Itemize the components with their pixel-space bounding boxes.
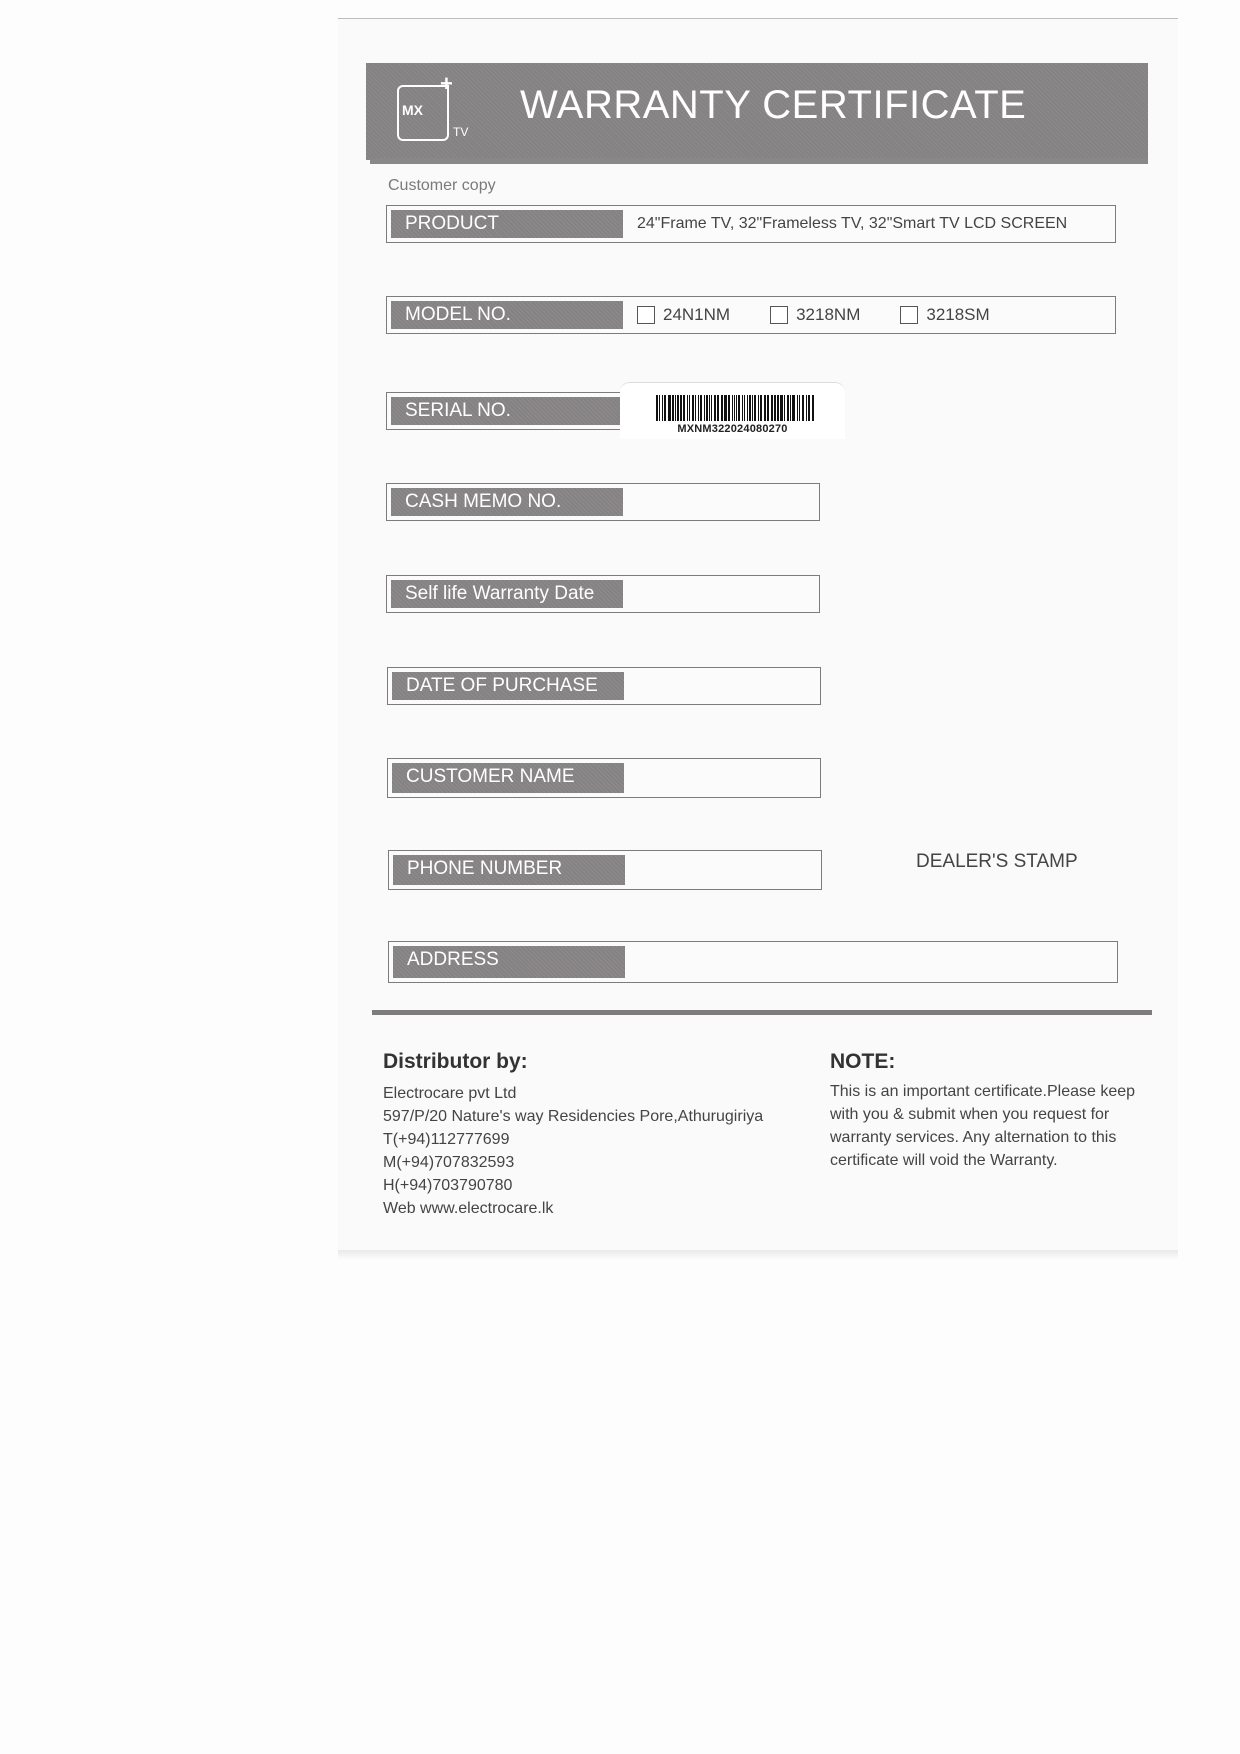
cash-memo-row: CASH MEMO NO. <box>386 483 820 521</box>
option-label: 3218SM <box>926 305 989 325</box>
distributor-name: Electrocare pvt Ltd <box>383 1082 763 1105</box>
distributor-details: Electrocare pvt Ltd 597/P/20 Nature's wa… <box>383 1082 763 1220</box>
serial-row: SERIAL NO. <box>386 392 626 430</box>
address-row: ADDRESS <box>388 941 1118 983</box>
header-divider <box>370 158 1148 164</box>
model-row: MODEL NO. 24N1NM 3218NM 3218SM <box>386 296 1116 334</box>
distributor-website: Web www.electrocare.lk <box>383 1197 763 1220</box>
product-row: PRODUCT 24"Frame TV, 32"Frameless TV, 32… <box>386 205 1116 243</box>
header-banner: MX + TV WARRANTY CERTIFICATE <box>366 63 1148 160</box>
checkbox[interactable] <box>637 306 655 324</box>
serial-label: SERIAL NO. <box>391 397 623 425</box>
page-title: WARRANTY CERTIFICATE <box>520 83 1026 128</box>
distributor-address: 597/P/20 Nature's way Residencies Pore,A… <box>383 1105 763 1128</box>
barcode-icon <box>656 395 816 421</box>
logo-suffix: TV <box>453 125 468 139</box>
cash-memo-label: CASH MEMO NO. <box>391 488 623 516</box>
distributor-telephone: T(+94)112777699 <box>383 1128 763 1151</box>
copy-label: Customer copy <box>388 177 496 195</box>
warranty-date-row: Self life Warranty Date <box>386 575 820 613</box>
product-value: 24"Frame TV, 32"Frameless TV, 32"Smart T… <box>637 206 1067 242</box>
cash-memo-field[interactable] <box>629 484 815 520</box>
phone-label: PHONE NUMBER <box>393 855 625 885</box>
section-divider <box>372 1010 1152 1015</box>
purchase-date-field[interactable] <box>630 668 816 704</box>
serial-value: MXNM322024080270 <box>620 423 845 435</box>
dealer-stamp-label: DEALER'S STAMP <box>916 851 1078 873</box>
model-option-3218sm[interactable]: 3218SM <box>900 305 989 325</box>
product-label: PRODUCT <box>391 210 623 238</box>
address-field[interactable] <box>631 942 1113 982</box>
customer-name-field[interactable] <box>630 759 816 797</box>
phone-row: PHONE NUMBER <box>388 850 822 890</box>
page-edge-shadow <box>338 1250 1178 1260</box>
logo-text: MX <box>402 102 423 118</box>
serial-barcode-sticker: MXNM322024080270 <box>620 382 845 439</box>
warranty-date-label: Self life Warranty Date <box>391 580 623 608</box>
logo-plus: + <box>440 73 453 95</box>
purchase-date-label: DATE OF PURCHASE <box>392 672 624 700</box>
customer-name-label: CUSTOMER NAME <box>392 763 624 793</box>
model-label: MODEL NO. <box>391 301 623 329</box>
model-option-3218nm[interactable]: 3218NM <box>770 305 860 325</box>
distributor-hotline: H(+94)703790780 <box>383 1174 763 1197</box>
note-heading: NOTE: <box>830 1050 895 1074</box>
customer-name-row: CUSTOMER NAME <box>387 758 821 798</box>
model-option-24n1nm[interactable]: 24N1NM <box>637 305 730 325</box>
checkbox[interactable] <box>770 306 788 324</box>
address-label: ADDRESS <box>393 946 625 978</box>
note-body: This is an important certificate.Please … <box>830 1080 1150 1172</box>
warranty-date-field[interactable] <box>629 576 815 612</box>
option-label: 24N1NM <box>663 305 730 325</box>
distributor-heading: Distributor by: <box>383 1050 528 1074</box>
distributor-mobile: M(+94)707832593 <box>383 1151 763 1174</box>
checkbox[interactable] <box>900 306 918 324</box>
option-label: 3218NM <box>796 305 860 325</box>
purchase-date-row: DATE OF PURCHASE <box>387 667 821 705</box>
phone-field[interactable] <box>631 851 817 889</box>
